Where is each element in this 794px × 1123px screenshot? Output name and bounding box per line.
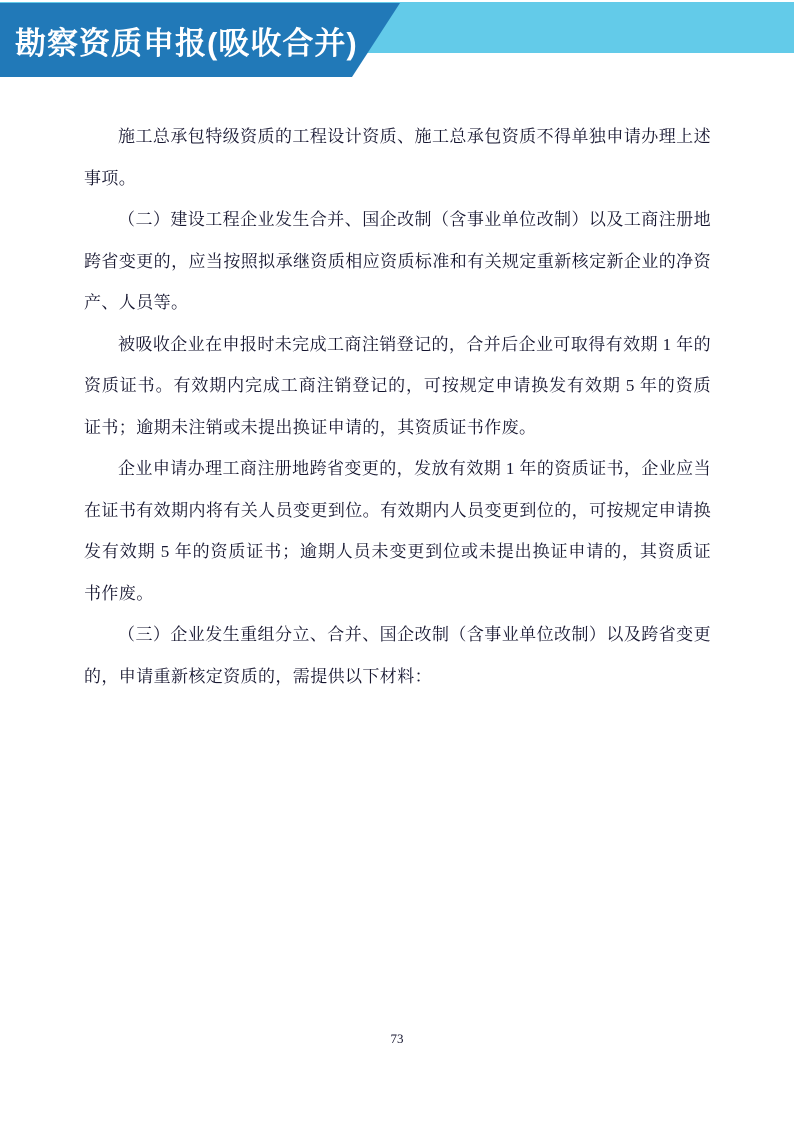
paragraph: 施工总承包特级资质的工程设计资质、施工总承包资质不得单独申请办理上述事项。 bbox=[84, 116, 711, 199]
document-page: 勘察资质申报(吸收合并) 施工总承包特级资质的工程设计资质、施工总承包资质不得单… bbox=[0, 0, 794, 1123]
document-body: 施工总承包特级资质的工程设计资质、施工总承包资质不得单独申请办理上述事项。 （二… bbox=[84, 116, 711, 697]
page-number: 73 bbox=[0, 1031, 794, 1047]
paragraph: （二）建设工程企业发生合并、国企改制（含事业单位改制）以及工商注册地跨省变更的，… bbox=[84, 199, 711, 324]
page-title: 勘察资质申报(吸收合并) bbox=[15, 18, 358, 63]
header-banner: 勘察资质申报(吸收合并) bbox=[0, 3, 400, 77]
paragraph: （三）企业发生重组分立、合并、国企改制（含事业单位改制）以及跨省变更的，申请重新… bbox=[84, 614, 711, 697]
paragraph: 企业申请办理工商注册地跨省变更的，发放有效期 1 年的资质证书，企业应当在证书有… bbox=[84, 448, 711, 614]
paragraph: 被吸收企业在申报时未完成工商注销登记的，合并后企业可取得有效期 1 年的资质证书… bbox=[84, 324, 711, 449]
